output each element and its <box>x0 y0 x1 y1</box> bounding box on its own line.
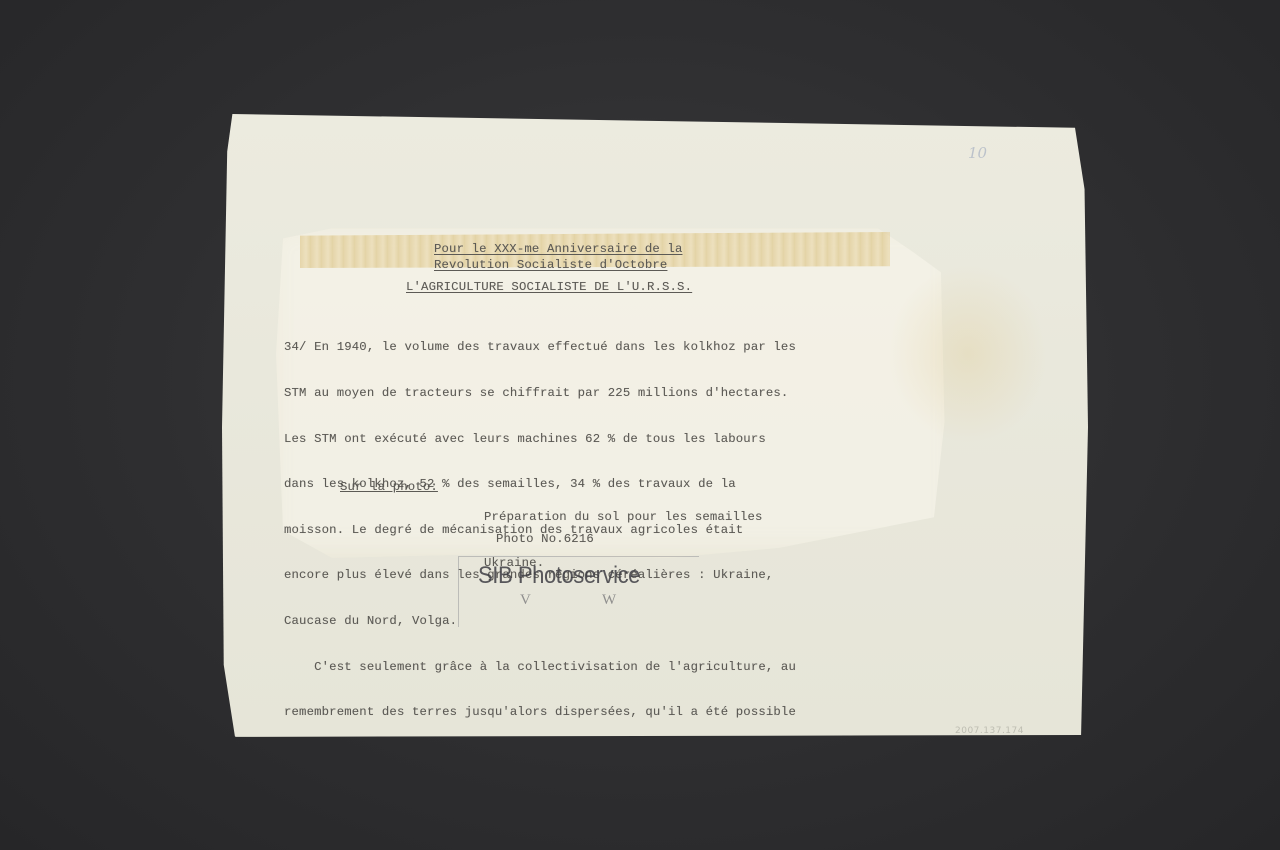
heading-line-1: Pour le XXX-me Anniversaire de la <box>434 242 682 257</box>
body-line: rendement. <box>284 797 796 812</box>
stamp-mark-w: W <box>602 592 616 609</box>
caption-line: Préparation du sol pour les semailles <box>484 510 763 525</box>
body-line: STM au moyen de tracteurs se chiffrait p… <box>284 386 796 401</box>
pencil-number: 10 <box>968 144 987 162</box>
body-line: remembrement des terres jusqu'alors disp… <box>284 705 796 720</box>
stain <box>888 264 1048 444</box>
heading-line-2: Revolution Socialiste d'Octobre <box>434 258 667 273</box>
body-line: 34/ En 1940, le volume des travaux effec… <box>284 340 796 355</box>
inventory-number: 2007.137.174 <box>955 726 1024 736</box>
body-line: C'est seulement grâce à la collectivisat… <box>284 660 796 675</box>
caption-label: Sur la photo: <box>340 480 438 495</box>
photo-back-card: 10 2007.137.174 Pour le XXX-me Anniversa… <box>222 114 1088 740</box>
heading-title: L'AGRICULTURE SOCIALISTE DE L'U.R.S.S. <box>406 280 692 295</box>
body-line: d'utiliser de puissants tracteurs et des… <box>284 751 796 766</box>
body-line: Les STM ont exécuté avec leurs machines … <box>284 432 796 447</box>
agency-stamp: SIB Photoservice <box>478 562 640 590</box>
stamp-mark-v: V <box>520 592 531 609</box>
photo-number: Photo No.6216 <box>496 532 594 547</box>
